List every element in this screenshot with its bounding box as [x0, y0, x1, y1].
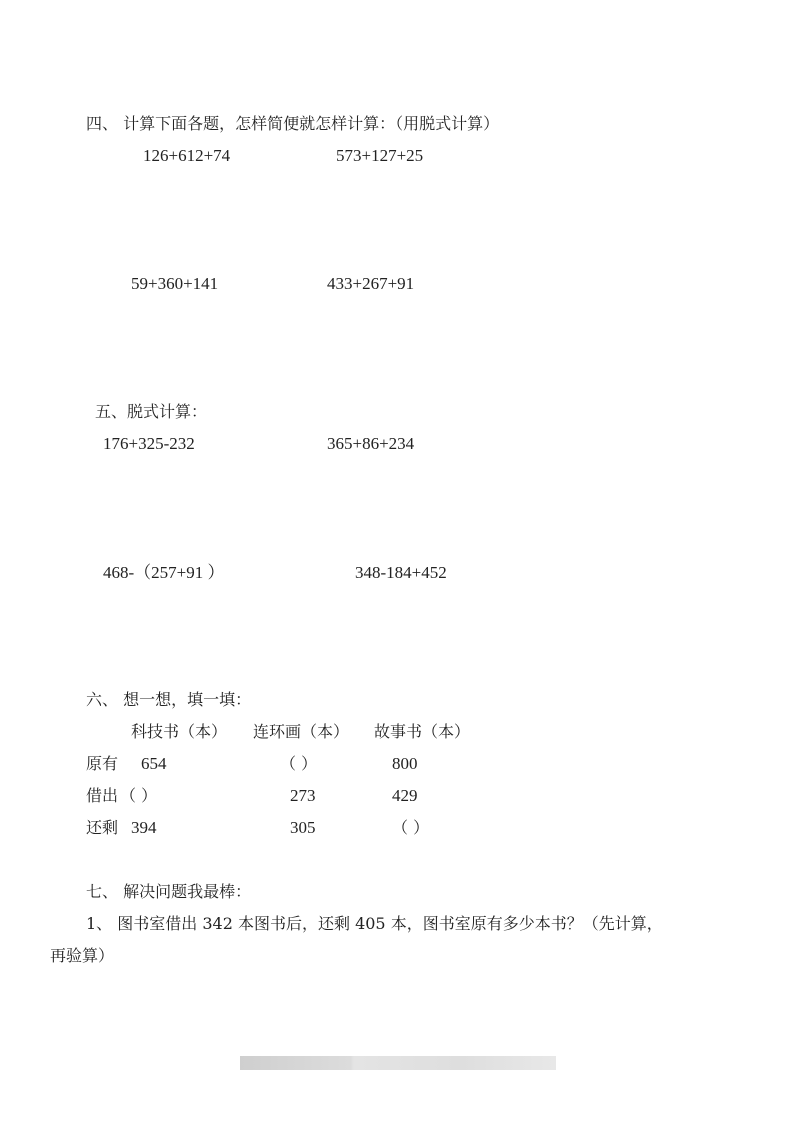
table-cell: 394	[131, 818, 157, 838]
question-1-cont: 再验算）	[50, 946, 114, 966]
blank-cell[interactable]: （ ）	[120, 786, 157, 806]
problem: 573+127+25	[336, 146, 423, 166]
table-header: 连环画（本）	[253, 722, 349, 742]
section6-title: 六、 想一想，填一填：	[86, 690, 251, 710]
section4-title: 四、 计算下面各题，怎样简便就怎样计算：（用脱式计算）	[86, 114, 499, 134]
problem: 59+360+141	[131, 274, 218, 294]
problem: 365+86+234	[327, 434, 414, 454]
blank-cell[interactable]: （ ）	[392, 818, 429, 838]
table-cell: 800	[392, 754, 418, 774]
blurred-footer	[240, 1056, 556, 1070]
problem: 468-（257+91 ）	[103, 563, 225, 583]
problem: 348-184+452	[355, 563, 447, 583]
row-label: 还剩	[86, 818, 118, 838]
table-cell: 273	[290, 786, 316, 806]
table-header: 科技书（本）	[131, 722, 227, 742]
question-1: 1、 图书室借出 342 本图书后，还剩 405 本，图书室原有多少本书？（先计…	[86, 914, 663, 934]
blank-cell[interactable]: （ ）	[280, 754, 317, 774]
problem: 176+325-232	[103, 434, 195, 454]
row-label: 借出	[86, 786, 118, 806]
table-cell: 429	[392, 786, 418, 806]
section5-title: 五、脱式计算：	[95, 402, 207, 422]
table-header: 故事书（本）	[374, 722, 470, 742]
problem: 433+267+91	[327, 274, 414, 294]
table-cell: 654	[141, 754, 167, 774]
section7-title: 七、 解决问题我最棒：	[86, 882, 251, 902]
table-cell: 305	[290, 818, 316, 838]
problem: 126+612+74	[143, 146, 230, 166]
row-label: 原有	[86, 754, 118, 774]
